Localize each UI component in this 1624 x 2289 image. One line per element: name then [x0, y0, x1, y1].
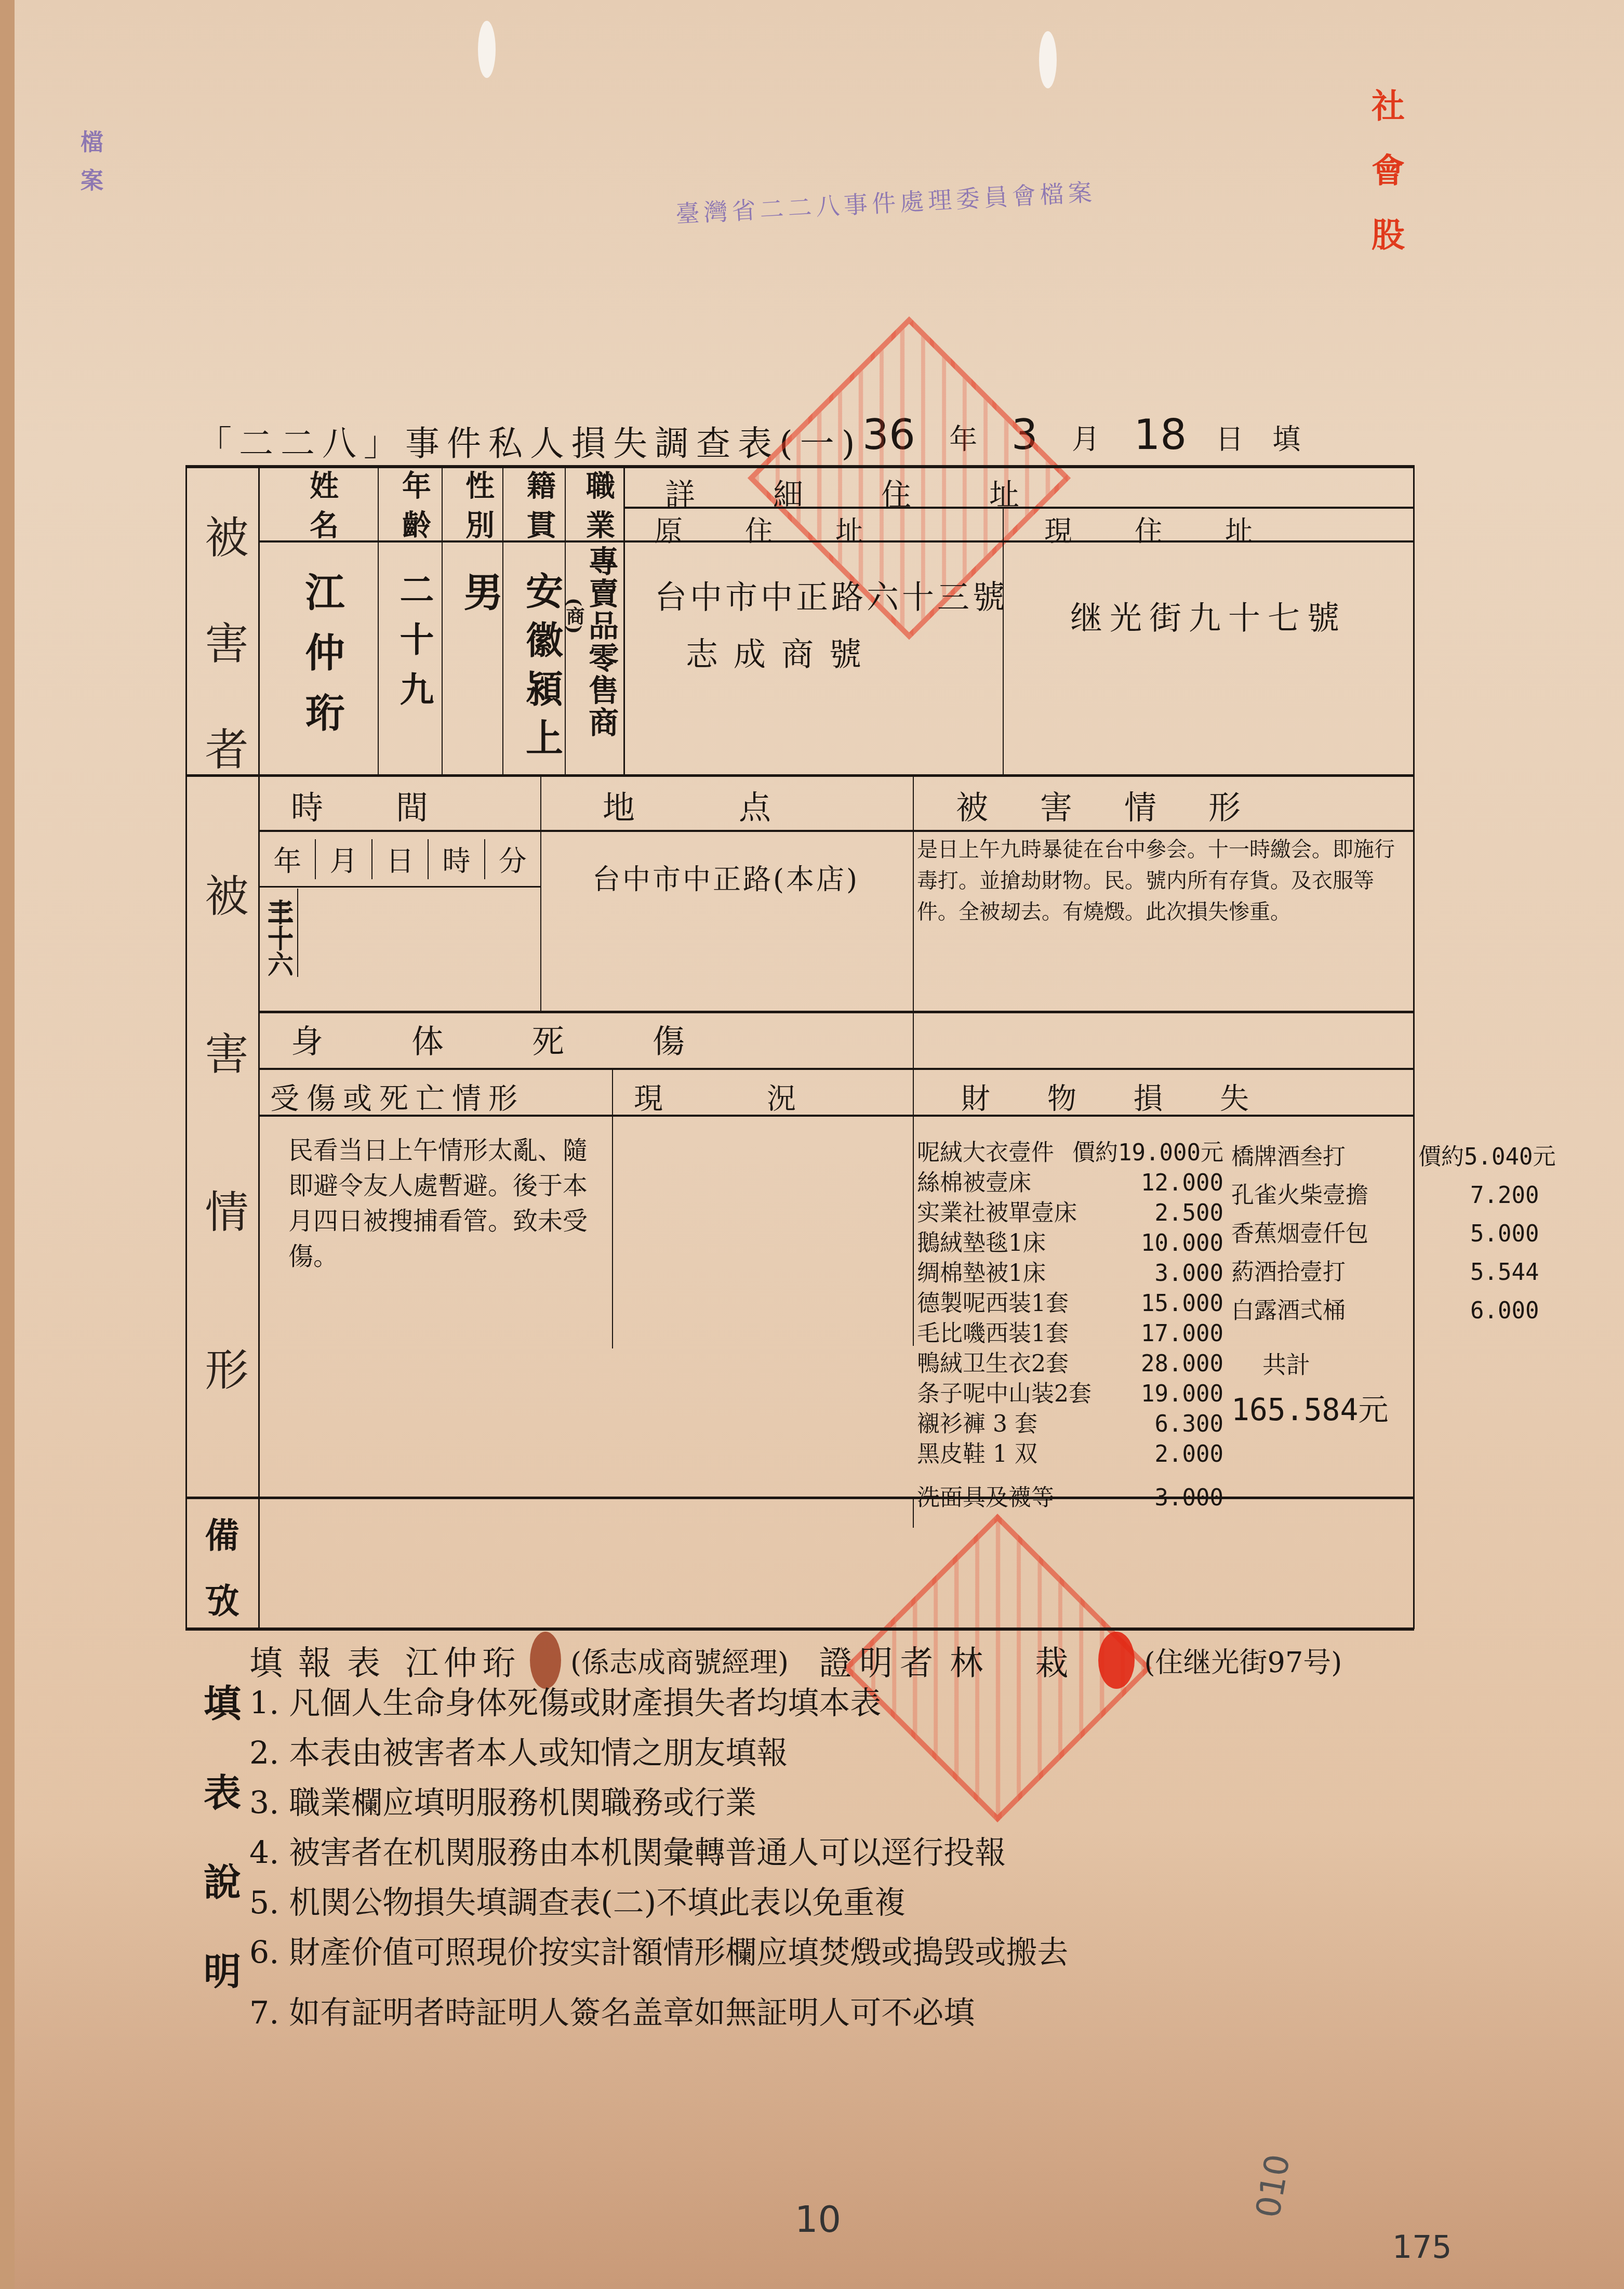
- loss-item: 德製呢西装1套15.000: [917, 1289, 1223, 1319]
- archive-number: 010: [1249, 2151, 1298, 2220]
- incident-hour: 十一: [260, 889, 298, 951]
- victim-sex: 男: [452, 572, 509, 611]
- instruction-item: 5. 机関公物損失填調查表(二)不填此表以免重複: [249, 1878, 1068, 1928]
- loss-item: 黑皮鞋 1 双2.000: [917, 1439, 1223, 1470]
- time-columns: 年 月 日 時 分: [260, 839, 540, 879]
- place-header: 地点: [603, 782, 875, 828]
- damage-section-label: 被害情形: [192, 873, 255, 1505]
- loss-item: 襯衫褲 3 套6.300: [917, 1409, 1223, 1439]
- loss-item: 鴨絨卫生衣2套28.000: [917, 1349, 1223, 1379]
- loss-item: 橋牌酒叁打: [1231, 1138, 1418, 1176]
- punch-hole: [1039, 31, 1057, 88]
- loss-item: 鵝絨墊毯1床10.000: [917, 1228, 1223, 1259]
- original-address-line1: 台中市中正路六十三號: [655, 572, 1008, 618]
- page-number: 10: [795, 2198, 841, 2241]
- time-values: 三十六 三 二 十一: [260, 889, 540, 1011]
- loss-item: 絲棉被壹床12.000: [917, 1168, 1223, 1198]
- purple-archive-stamp: 臺灣省二二八事件處理委員會檔案: [675, 174, 1097, 230]
- loss-item: 白露酒弍桶: [1231, 1292, 1418, 1330]
- date-day: 18: [1134, 411, 1187, 459]
- current-status-header: 現況: [634, 1076, 900, 1117]
- loss-item: 孔雀火柴壹擔: [1231, 1176, 1418, 1215]
- department-stamp: 社會股: [1361, 88, 1409, 282]
- loss-list-right: 橋牌酒叁打 孔雀火柴壹擔 香蕉烟壹仟包 葯酒拾壹打 白露酒弍桶 共計 165.5…: [1231, 1138, 1418, 1429]
- witness-seal: [1098, 1632, 1135, 1689]
- loss-list-left: 呢絨大衣壹件價約19.000元 絲棉被壹床12.000 实業社被單壹床2.500…: [917, 1138, 1223, 1513]
- injury-header: 受傷或死亡情形: [270, 1076, 525, 1117]
- situation-header: 被害情形: [956, 782, 1293, 828]
- victim-age: 二十九: [390, 572, 439, 721]
- reporter-label: 填報表: [249, 1636, 396, 1684]
- header-address: 詳細住址: [665, 470, 1097, 514]
- witness-note: (住继光街97号): [1144, 1640, 1342, 1681]
- victim-section-label: 被害者: [192, 514, 255, 832]
- occupation-mark: (商): [561, 598, 588, 634]
- witness-name: 林 栽: [950, 1636, 1089, 1684]
- instruction-item: 4. 被害者在机関服務由本机関彙轉普通人可以逕行投報: [249, 1828, 1068, 1878]
- instruction-item: 2. 本表由被害者本人或知情之朋友填報: [249, 1728, 1068, 1778]
- header-occupation: 職業: [578, 470, 619, 549]
- remarks-field: [270, 1517, 1403, 1616]
- reporter-note: (係志成商號經理): [570, 1640, 789, 1681]
- header-current-address: 現住址: [1044, 509, 1315, 549]
- victim-native-place: 安徽潁上: [514, 572, 568, 767]
- victim-name: 江仲珩: [294, 572, 350, 752]
- paper-edge: [0, 0, 15, 2289]
- loss-item: 香蕉烟壹仟包: [1231, 1215, 1418, 1253]
- form-title: 「二二八」事件私人損失調查表(一): [197, 416, 862, 465]
- instruction-item: 1. 凡個人生命身体死傷或財產損失者均填本表: [249, 1678, 1068, 1728]
- incident-situation: 是日上午九時暴徒在台中參会。十一時繳会。即施行毒打。並搶劫財物。民。號内所有存貨…: [917, 834, 1405, 928]
- instruction-item: 3. 職業欄应填明服務机関職務或行業: [249, 1778, 1068, 1828]
- incident-place: 台中市中正路(本店): [592, 857, 859, 897]
- body-header: 身体死傷: [291, 1016, 773, 1062]
- original-address-line2: 志成商號: [686, 629, 877, 675]
- loss-values-right: 價約5.040元 7.200 5.000 5.544 6.000: [1418, 1138, 1616, 1330]
- property-loss-header: 財物損失: [961, 1076, 1306, 1117]
- remarks-label: 備攷: [195, 1517, 244, 1648]
- loss-item: 条子呢中山装2套19.000: [917, 1379, 1223, 1409]
- victim-occupation: 專賣品零售商: [579, 546, 623, 739]
- time-header: 時間: [291, 782, 501, 828]
- total-label: 共計: [1231, 1346, 1418, 1380]
- total-value: 165.584元: [1231, 1385, 1418, 1429]
- header-original-address: 原住址: [655, 509, 926, 549]
- injury-description: 民看当日上午情形太亂、隨即避令友人處暫避。後于本月四日被搜捕看管。致未受傷。: [288, 1133, 600, 1274]
- header-sex: 性別: [457, 470, 499, 549]
- instructions-list: 1. 凡個人生命身体死傷或財產損失者均填本表 2. 本表由被害者本人或知情之朋友…: [249, 1678, 1068, 2038]
- loss-item: 实業社被單壹床2.500: [917, 1198, 1223, 1228]
- loss-item: 毛比嘰西装1套17.000: [917, 1319, 1223, 1349]
- instruction-item: 6. 財產价值可照現价按实計額情形欄应填焚燬或搗毁或搬去: [249, 1928, 1068, 1978]
- header-name: 姓名: [301, 470, 343, 549]
- folio-number: 175: [1392, 2229, 1452, 2266]
- reporter-name: 江仲珩: [405, 1636, 521, 1684]
- instruction-item: 7. 如有証明者時証明人簽名盖章如無証明人可不必填: [249, 1988, 1068, 2038]
- loss-item: 葯酒拾壹打: [1231, 1253, 1418, 1292]
- header-age: 年齡: [394, 470, 435, 549]
- header-native-place: 籍貫: [518, 470, 560, 549]
- loss-item: 呢絨大衣壹件價約19.000元: [917, 1138, 1223, 1168]
- witness-label: 證明者: [819, 1636, 940, 1684]
- instructions-label: 填表說明: [192, 1684, 246, 2041]
- punch-hole: [478, 21, 496, 78]
- archive-stamp: 檔案: [73, 130, 106, 207]
- current-address: 继光街九十七號: [1070, 592, 1347, 639]
- loss-item: 绸棉墊被1床3.000: [917, 1259, 1223, 1289]
